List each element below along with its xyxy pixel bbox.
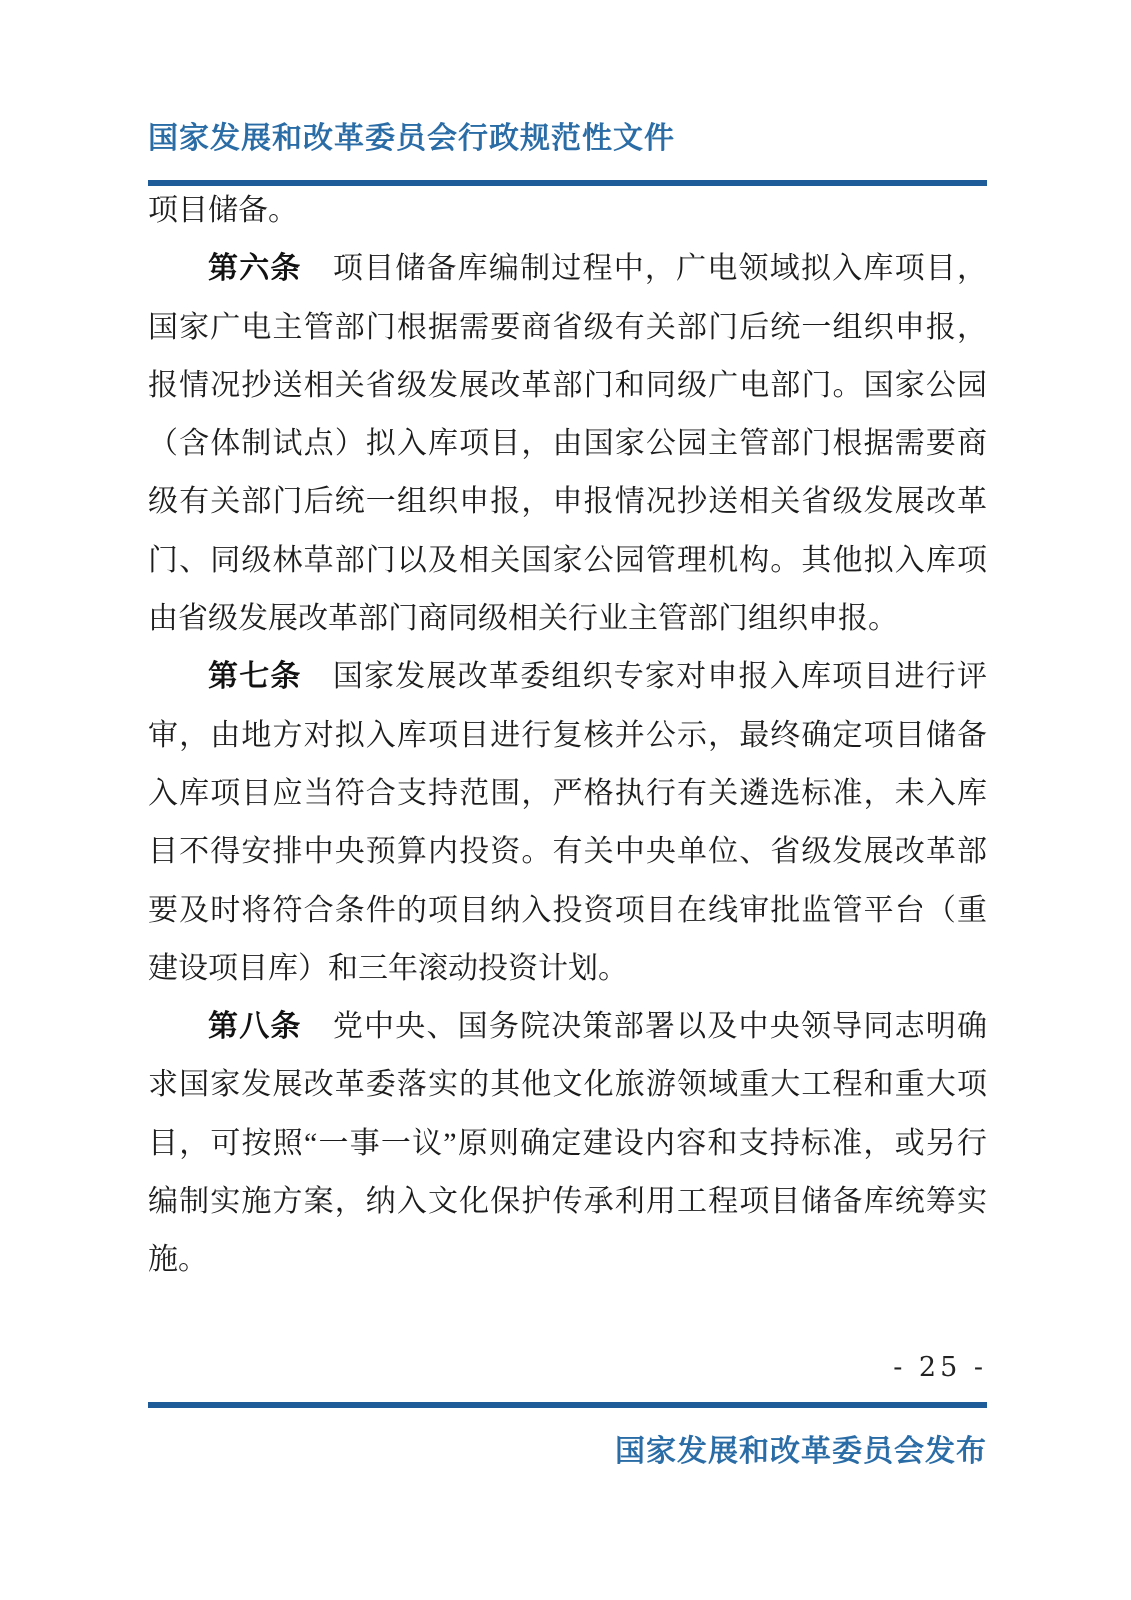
article-label: 第七条 — [208, 660, 302, 693]
article-label: 第八条 — [208, 1010, 302, 1043]
body-line: （含体制试点）拟入库项目，由国家公园主管部门根据需要商省 — [148, 415, 987, 473]
body-line: 建设项目库）和三年滚动投资计划。 — [148, 940, 987, 998]
body-line: 国家广电主管部门根据需要商省级有关部门后统一组织申报，申 — [148, 299, 987, 357]
body-line: 目不得安排中央预算内投资。有关中央单位、省级发展改革部门 — [148, 823, 987, 881]
body-line: 由省级发展改革部门商同级相关行业主管部门组织申报。 — [148, 590, 987, 648]
body-line: 要及时将符合条件的项目纳入投资项目在线审批监管平台（重大 — [148, 882, 987, 940]
document-page: 国家发展和改革委员会行政规范性文件 项目储备。第六条 项目储备库编制过程中，广电… — [0, 0, 1131, 1600]
body-line-article-start: 第八条 党中央、国务院决策部署以及中央领导同志明确要 — [148, 998, 987, 1056]
body-line: 入库项目应当符合支持范围，严格执行有关遴选标准，未入库项 — [148, 765, 987, 823]
body-line: 施。 — [148, 1231, 987, 1289]
body-line: 审，由地方对拟入库项目进行复核并公示，最终确定项目储备库。 — [148, 707, 987, 765]
page-number: - 25 - — [148, 1352, 987, 1383]
article-label: 第六条 — [208, 252, 302, 285]
body-line: 编制实施方案，纳入文化保护传承利用工程项目储备库统筹实 — [148, 1173, 987, 1231]
footer-divider — [148, 1402, 987, 1408]
body-line-article-start: 第六条 项目储备库编制过程中，广电领域拟入库项目，由 — [148, 240, 987, 298]
body-line: 目，可按照“一事一议”原则确定建设内容和支持标准，或另行 — [148, 1115, 987, 1173]
body-line: 求国家发展改革委落实的其他文化旅游领域重大工程和重大项 — [148, 1056, 987, 1114]
body-line: 报情况抄送相关省级发展改革部门和同级广电部门。国家公园 — [148, 357, 987, 415]
body-line-article-start: 第七条 国家发展改革委组织专家对申报入库项目进行评 — [148, 648, 987, 706]
body-line: 门、同级林草部门以及相关国家公园管理机构。其他拟入库项目， — [148, 532, 987, 590]
body-line: 项目储备。 — [148, 182, 987, 240]
body-line: 级有关部门后统一组织申报，申报情况抄送相关省级发展改革部 — [148, 473, 987, 531]
publisher-label: 国家发展和改革委员会发布 — [148, 1426, 987, 1470]
document-body: 项目储备。第六条 项目储备库编制过程中，广电领域拟入库项目，由国家广电主管部门根… — [148, 182, 987, 1290]
document-header-title: 国家发展和改革委员会行政规范性文件 — [148, 121, 987, 157]
